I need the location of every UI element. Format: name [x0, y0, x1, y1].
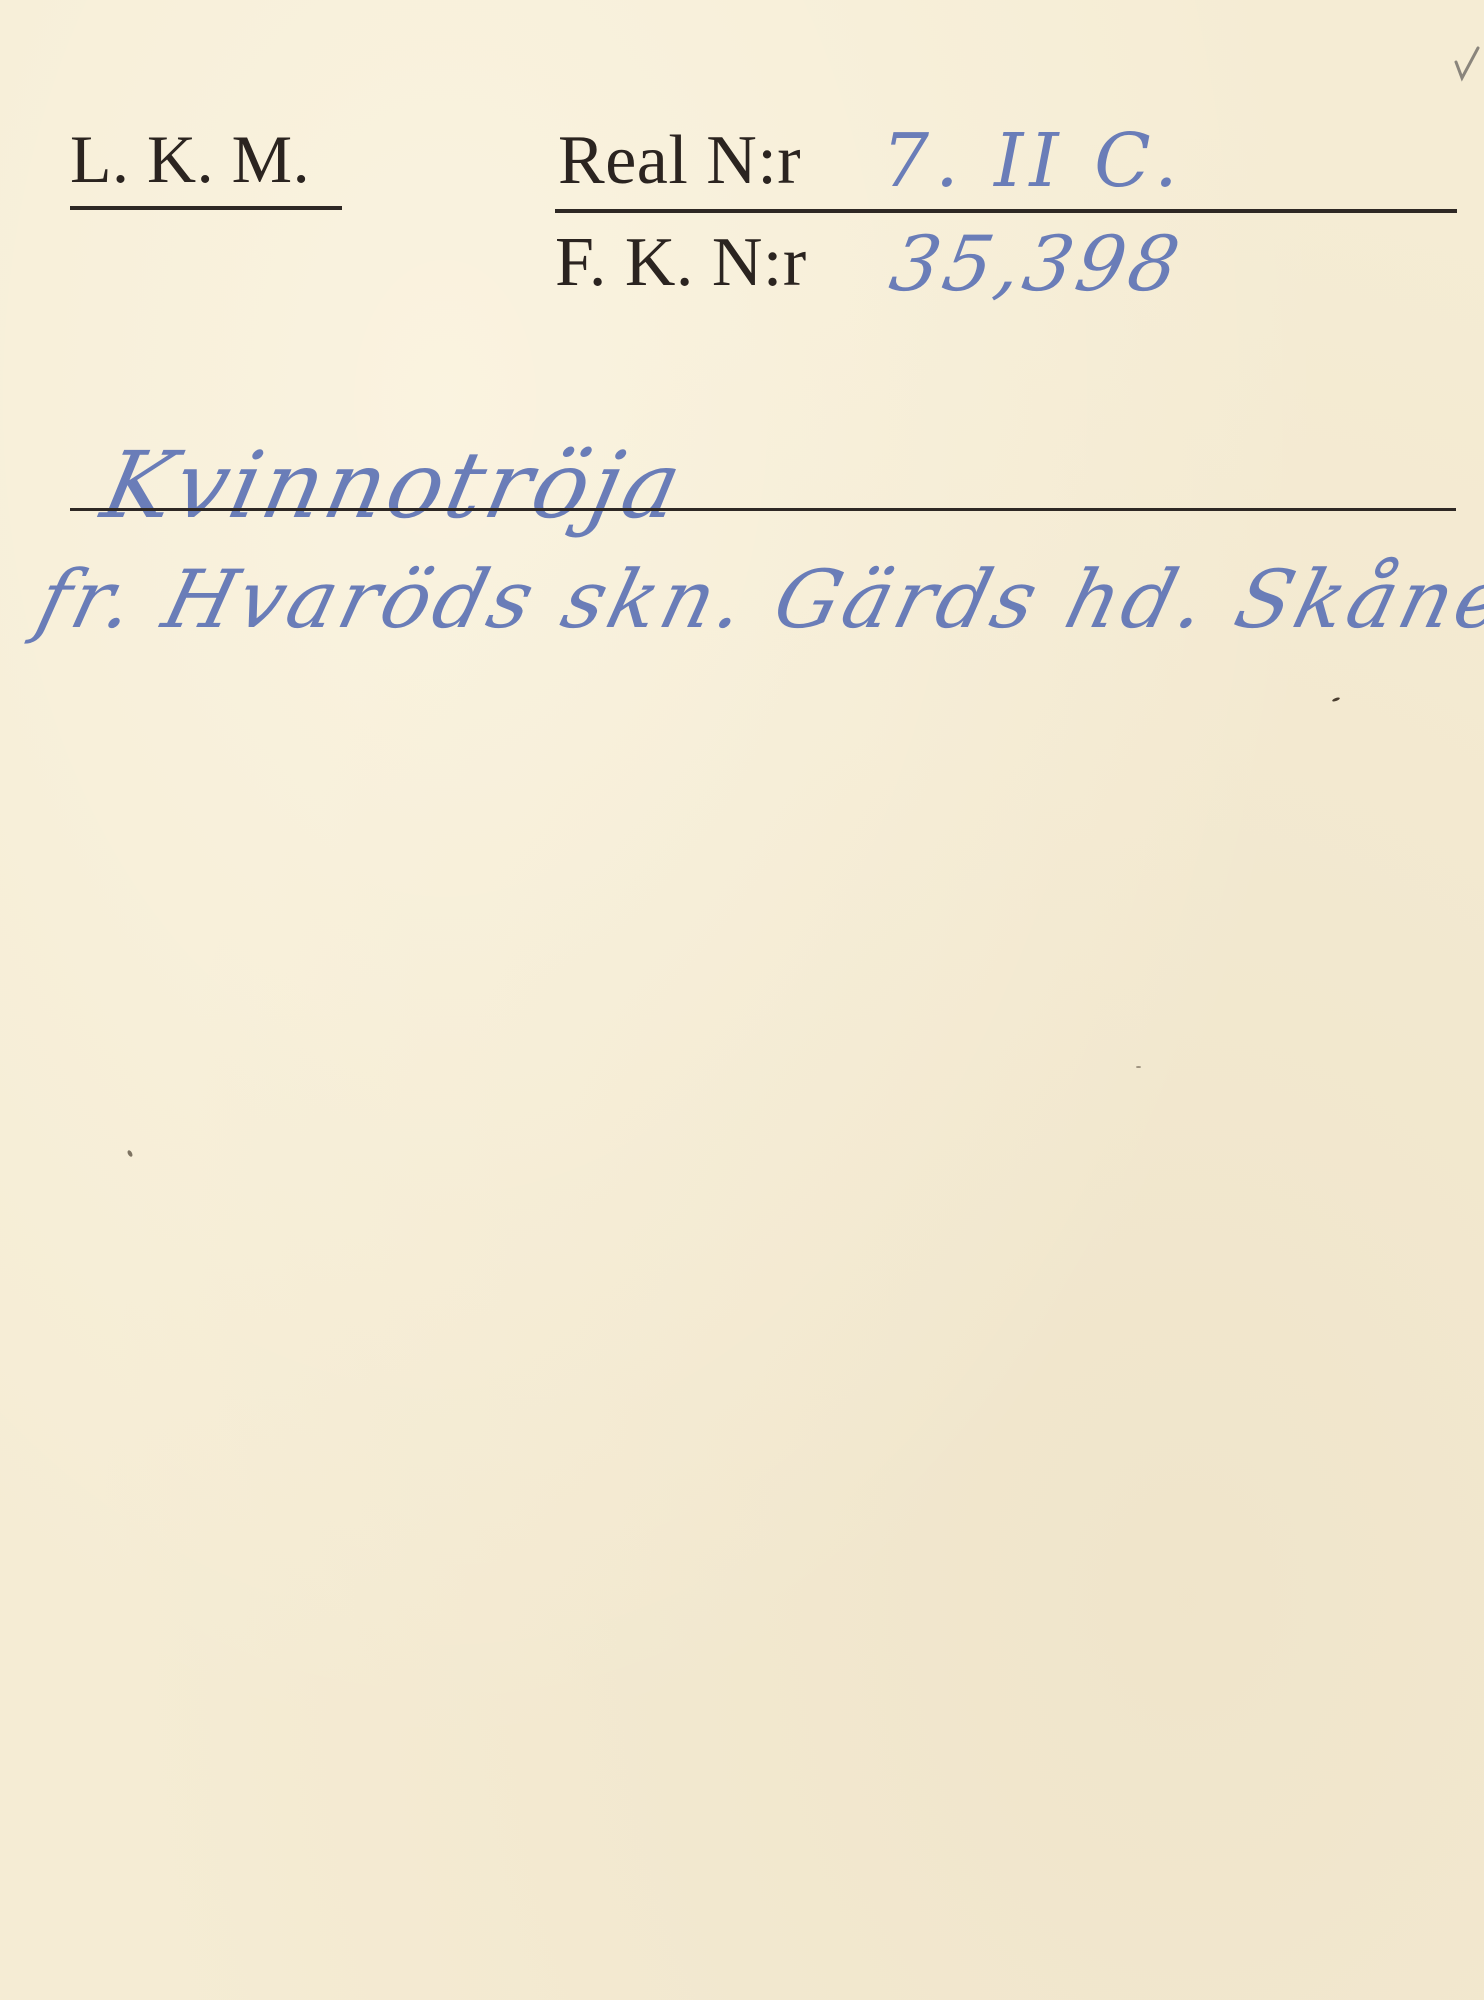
catalog-card: L. K. M. Real N:r 7. II C. F. K. N:r 35,…	[0, 0, 1484, 2000]
real-nr-label: Real N:r	[558, 126, 801, 196]
real-nr-value: 7. II C.	[882, 124, 1184, 198]
ink-speck	[1332, 697, 1341, 703]
pencil-check-icon	[1450, 44, 1480, 84]
institution-underline	[70, 206, 342, 210]
ink-speck	[1136, 1066, 1141, 1068]
fk-nr-value: 35,398	[885, 226, 1188, 302]
provenance-text: fr. Hvaröds skn. Gärds hd. Skåne	[30, 560, 1484, 640]
institution-label: L. K. M.	[70, 125, 310, 193]
object-name-rule	[70, 508, 1456, 511]
ink-speck	[127, 1149, 134, 1157]
fk-nr-label: F. K. N:r	[555, 228, 807, 298]
real-nr-rule	[555, 209, 1457, 213]
object-name: Kvinnotröja	[95, 440, 691, 532]
